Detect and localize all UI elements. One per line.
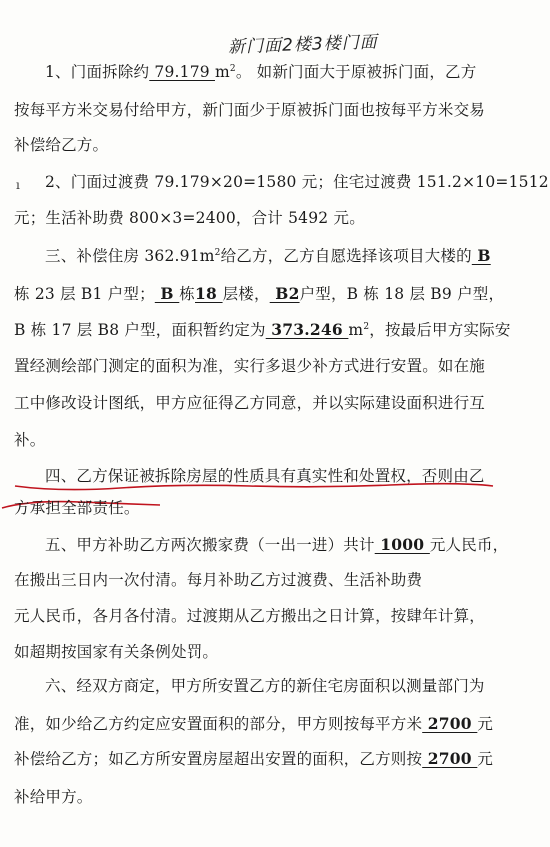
building-value: B bbox=[155, 284, 180, 303]
building-choice: B bbox=[472, 246, 491, 265]
clause-6-line-3: 补偿给乙方；如乙方所安置房屋超出安置的面积，乙方则按 2700 元 bbox=[14, 747, 493, 769]
text: 准，如少给乙方约定应安置面积的部分，甲方则按每平方米 bbox=[14, 715, 422, 733]
clause-6-line-4: 补给甲方。 bbox=[14, 785, 93, 807]
text: 户型，B 栋 18 层 B9 户型， bbox=[300, 285, 505, 303]
clause-4-line-2: 方承担全部责任。 bbox=[14, 496, 140, 518]
price-value: 2700 bbox=[422, 749, 477, 768]
text: 元 bbox=[477, 715, 493, 733]
unit-type-value: B2 bbox=[270, 284, 300, 303]
demolition-area-value: 79.179 bbox=[149, 63, 215, 81]
clause-3-line-4: 置经测绘部门测定的面积为准，实行多退少补方式进行安置。如在施 bbox=[14, 354, 485, 376]
clause-3-line-3: B 栋 17 层 B8 户型，面积暂约定为 373.246 m2，按最后甲方实际… bbox=[14, 318, 511, 340]
clause-1-line-1: 1、门面拆除约 79.179 m2。 如新门面大于原被拆门面，乙方 bbox=[45, 60, 476, 82]
clause-2-line-1: 2、门面过渡费 79.179×20=1580 元；住宅过渡费 151.2×10=… bbox=[45, 170, 549, 192]
clause-5-line-3: 元人民币，各月各付清。过渡期从乙方搬出之日计算，按肆年计算， bbox=[14, 604, 485, 626]
clause-3-line-2: 栋 23 层 B1 户型； B 栋18 层楼， B2户型，B 栋 18 层 B9… bbox=[14, 282, 504, 304]
clause-2-line-2: 元；生活补助费 800×3=2400，合计 5492 元。 bbox=[14, 206, 365, 228]
text: 栋 bbox=[179, 285, 195, 303]
moving-fee-value: 1000 bbox=[375, 535, 430, 554]
unit: m bbox=[215, 63, 230, 81]
unit: m bbox=[348, 321, 363, 339]
text: 三、补偿住房 362.91m bbox=[45, 247, 215, 265]
margin-mark: ı bbox=[16, 178, 20, 192]
text: 1、门面拆除约 bbox=[45, 63, 149, 81]
text: 层楼， bbox=[223, 285, 270, 303]
document-page: 新门面2楼3楼门面 1、门面拆除约 79.179 m2。 如新门面大于原被拆门面… bbox=[0, 0, 550, 847]
clause-3-line-5: 工中修改设计图纸，甲方应征得乙方同意，并以实际建设面积进行互 bbox=[14, 391, 485, 413]
clause-1-line-2: 按每平方米交易付给甲方，新门面少于原被拆门面也按每平方米交易 bbox=[14, 98, 485, 120]
clause-3-line-1: 三、补偿住房 362.91m2给乙方，乙方自愿选择该项目大楼的 B bbox=[45, 244, 491, 266]
clause-6-line-2: 准，如少给乙方约定应安置面积的部分，甲方则按每平方米 2700 元 bbox=[14, 712, 493, 734]
clause-6-line-1: 六、经双方商定，甲方所安置乙方的新住宅房面积以测量部门为 bbox=[45, 674, 485, 696]
handwritten-note: 新门面2楼3楼门面 bbox=[228, 27, 378, 57]
text: 栋 23 层 B1 户型； bbox=[14, 285, 155, 303]
clause-5-line-4: 如超期按国家有关条例处罚。 bbox=[14, 640, 218, 662]
text: 。 如新门面大于原被拆门面，乙方 bbox=[236, 63, 477, 81]
floor-value: 18 bbox=[195, 284, 223, 303]
clause-5-line-1: 五、甲方补助乙方两次搬家费（一出一进）共计 1000 元人民币， bbox=[45, 533, 508, 555]
clause-5-line-2: 在搬出三日内一次付清。每月补助乙方过渡费、生活补助费 bbox=[14, 568, 422, 590]
text: 补偿给乙方；如乙方所安置房屋超出安置的面积，乙方则按 bbox=[14, 750, 422, 768]
text: 五、甲方补助乙方两次搬家费（一出一进）共计 bbox=[45, 536, 375, 554]
text: 元 bbox=[477, 750, 493, 768]
text: B 栋 17 层 B8 户型，面积暂约定为 bbox=[14, 321, 266, 339]
text: 元人民币， bbox=[430, 536, 509, 554]
price-value: 2700 bbox=[422, 714, 477, 733]
text: 给乙方，乙方自愿选择该项目大楼的 bbox=[221, 247, 472, 265]
clause-3-line-6: 补。 bbox=[14, 428, 45, 450]
area-value: 373.246 bbox=[266, 320, 349, 339]
clause-1-line-3: 补偿给乙方。 bbox=[14, 133, 108, 155]
text: ，按最后甲方实际安 bbox=[369, 321, 510, 339]
